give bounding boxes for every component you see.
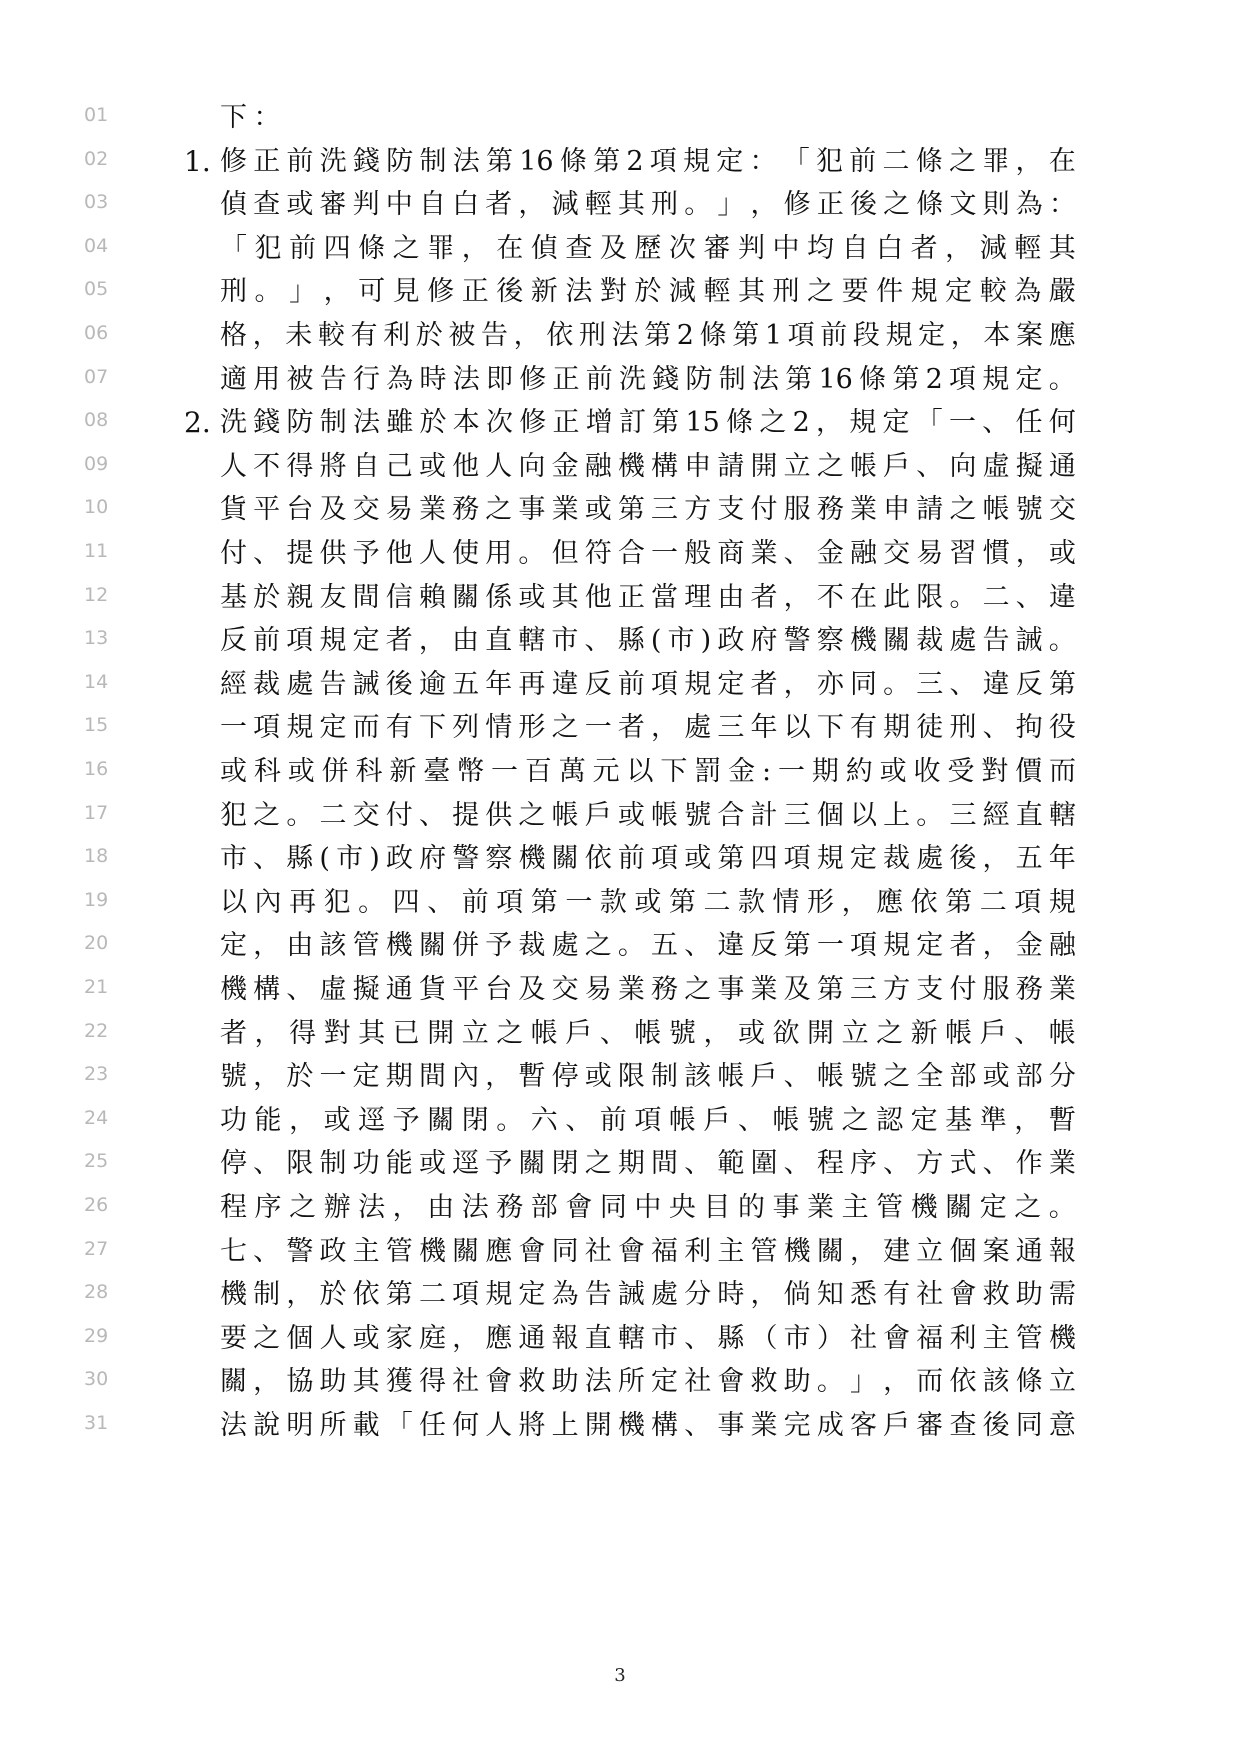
line-text: 市、縣(市)政府警察機關依前項或第四項規定裁處後，五年	[220, 841, 1076, 877]
line-text: 七、警政主管機關應會同社會福利主管機關，建立個案通報	[220, 1234, 1076, 1270]
line-number: 12	[84, 584, 108, 606]
line-text: 功能，或逕予關閉。六、前項帳戶、帳號之認定基準，暫	[220, 1103, 1076, 1139]
line-number: 08	[84, 409, 108, 431]
line-number: 11	[84, 540, 108, 562]
line-number: 04	[84, 235, 108, 257]
document-line: 27七、警政主管機關應會同社會福利主管機關，建立個案通報	[0, 1234, 1240, 1278]
line-number: 15	[84, 714, 108, 736]
list-marker: 1.	[184, 144, 211, 180]
document-line: 14經裁處告誡後逾五年再違反前項規定者，亦同。三、違反第	[0, 667, 1240, 711]
line-text: 下：	[220, 100, 1076, 136]
list-marker: 2.	[184, 405, 211, 441]
line-text: 法說明所載「任何人將上開機構、事業完成客戶審查後同意	[220, 1408, 1076, 1444]
document-line: 16或科或併科新臺幣一百萬元以下罰金:一期約或收受對價而	[0, 754, 1240, 798]
document-line: 09人不得將自己或他人向金融機構申請開立之帳戶、向虛擬通	[0, 449, 1240, 493]
line-number: 05	[84, 278, 108, 300]
document-line: 30關，協助其獲得社會救助法所定社會救助。」，而依該條立	[0, 1364, 1240, 1408]
line-number: 20	[84, 932, 108, 954]
document-line: 28機制，於依第二項規定為告誡處分時，倘知悉有社會救助需	[0, 1277, 1240, 1321]
line-number: 10	[84, 496, 108, 518]
line-text: 或科或併科新臺幣一百萬元以下罰金:一期約或收受對價而	[220, 754, 1076, 790]
line-text: 付、提供予他人使用。但符合一般商業、金融交易習慣，或	[220, 536, 1076, 572]
document-line: 11付、提供予他人使用。但符合一般商業、金融交易習慣，或	[0, 536, 1240, 580]
line-number: 18	[84, 845, 108, 867]
line-number: 02	[84, 148, 108, 170]
document-line: 15一項規定而有下列情形之一者，處三年以下有期徒刑、拘役	[0, 710, 1240, 754]
document-line: 082.洗錢防制法雖於本次修正增訂第15條之2，規定「一、任何	[0, 405, 1240, 449]
line-text: 貨平台及交易業務之事業或第三方支付服務業申請之帳號交	[220, 492, 1076, 528]
line-number: 27	[84, 1238, 108, 1260]
line-number: 16	[84, 758, 108, 780]
document-line: 07適用被告行為時法即修正前洗錢防制法第16條第2項規定。	[0, 362, 1240, 406]
document-line: 06格，未較有利於被告，依刑法第2條第1項前段規定，本案應	[0, 318, 1240, 362]
line-number: 30	[84, 1368, 108, 1390]
line-text: 定，由該管機關併予裁處之。五、違反第一項規定者，金融	[220, 928, 1076, 964]
line-number: 14	[84, 671, 108, 693]
document-line: 05刑。」，可見修正後新法對於減輕其刑之要件規定較為嚴	[0, 274, 1240, 318]
line-number: 13	[84, 627, 108, 649]
document-line: 26程序之辦法，由法務部會同中央目的事業主管機關定之。	[0, 1190, 1240, 1234]
document-line: 25停、限制功能或逕予關閉之期間、範圍、程序、方式、作業	[0, 1146, 1240, 1190]
line-text: 洗錢防制法雖於本次修正增訂第15條之2，規定「一、任何	[220, 405, 1076, 441]
line-text: 刑。」，可見修正後新法對於減輕其刑之要件規定較為嚴	[220, 274, 1076, 310]
document-line: 021.修正前洗錢防制法第16條第2項規定：「犯前二條之罪，在	[0, 144, 1240, 188]
line-text: 者，得對其已開立之帳戶、帳號，或欲開立之新帳戶、帳	[220, 1016, 1076, 1052]
line-text: 要之個人或家庭，應通報直轄市、縣（市）社會福利主管機	[220, 1321, 1076, 1357]
line-text: 經裁處告誡後逾五年再違反前項規定者，亦同。三、違反第	[220, 667, 1076, 703]
line-text: 機構、虛擬通貨平台及交易業務之事業及第三方支付服務業	[220, 972, 1076, 1008]
line-text: 修正前洗錢防制法第16條第2項規定：「犯前二條之罪，在	[220, 144, 1076, 180]
line-number: 28	[84, 1281, 108, 1303]
document-line: 04「犯前四條之罪，在偵查及歷次審判中均自白者，減輕其	[0, 231, 1240, 275]
document-line: 24功能，或逕予關閉。六、前項帳戶、帳號之認定基準，暫	[0, 1103, 1240, 1147]
line-text: 程序之辦法，由法務部會同中央目的事業主管機關定之。	[220, 1190, 1076, 1226]
line-number: 01	[84, 104, 108, 126]
document-line: 01下：	[0, 100, 1240, 144]
line-text: 適用被告行為時法即修正前洗錢防制法第16條第2項規定。	[220, 362, 1076, 398]
line-number: 29	[84, 1325, 108, 1347]
document-line: 23號，於一定期間內，暫停或限制該帳戶、帳號之全部或部分	[0, 1059, 1240, 1103]
document-line: 10貨平台及交易業務之事業或第三方支付服務業申請之帳號交	[0, 492, 1240, 536]
line-text: 反前項規定者，由直轄市、縣(市)政府警察機關裁處告誡。	[220, 623, 1076, 659]
line-number: 09	[84, 453, 108, 475]
line-number: 25	[84, 1150, 108, 1172]
line-number: 06	[84, 322, 108, 344]
line-text: 格，未較有利於被告，依刑法第2條第1項前段規定，本案應	[220, 318, 1076, 354]
line-number: 19	[84, 889, 108, 911]
line-number: 03	[84, 191, 108, 213]
line-text: 基於親友間信賴關係或其他正當理由者，不在此限。二、違	[220, 580, 1076, 616]
line-text: 人不得將自己或他人向金融機構申請開立之帳戶、向虛擬通	[220, 449, 1076, 485]
document-line: 18市、縣(市)政府警察機關依前項或第四項規定裁處後，五年	[0, 841, 1240, 885]
document-page: 01下：021.修正前洗錢防制法第16條第2項規定：「犯前二條之罪，在03偵查或…	[0, 0, 1240, 1755]
line-text: 偵查或審判中自白者，減輕其刑。」，修正後之條文則為：	[220, 187, 1076, 223]
line-text: 犯之。二交付、提供之帳戶或帳號合計三個以上。三經直轄	[220, 798, 1076, 834]
line-text: 以內再犯。四、前項第一款或第二款情形，應依第二項規	[220, 885, 1076, 921]
document-line: 19以內再犯。四、前項第一款或第二款情形，應依第二項規	[0, 885, 1240, 929]
line-number: 17	[84, 802, 108, 824]
document-line: 29要之個人或家庭，應通報直轄市、縣（市）社會福利主管機	[0, 1321, 1240, 1365]
line-text: 停、限制功能或逕予關閉之期間、範圍、程序、方式、作業	[220, 1146, 1076, 1182]
line-text: 關，協助其獲得社會救助法所定社會救助。」，而依該條立	[220, 1364, 1076, 1400]
document-line: 17犯之。二交付、提供之帳戶或帳號合計三個以上。三經直轄	[0, 798, 1240, 842]
line-number: 26	[84, 1194, 108, 1216]
line-number: 31	[84, 1412, 108, 1434]
document-line: 21機構、虛擬通貨平台及交易業務之事業及第三方支付服務業	[0, 972, 1240, 1016]
line-number: 23	[84, 1063, 108, 1085]
line-text: 一項規定而有下列情形之一者，處三年以下有期徒刑、拘役	[220, 710, 1076, 746]
document-line: 20定，由該管機關併予裁處之。五、違反第一項規定者，金融	[0, 928, 1240, 972]
line-number: 24	[84, 1107, 108, 1129]
page-number: 3	[0, 1665, 1240, 1686]
line-number: 21	[84, 976, 108, 998]
line-number: 22	[84, 1020, 108, 1042]
document-line: 22者，得對其已開立之帳戶、帳號，或欲開立之新帳戶、帳	[0, 1016, 1240, 1060]
document-line: 13反前項規定者，由直轄市、縣(市)政府警察機關裁處告誡。	[0, 623, 1240, 667]
line-text: 「犯前四條之罪，在偵查及歷次審判中均自白者，減輕其	[220, 231, 1076, 267]
document-line: 03偵查或審判中自白者，減輕其刑。」，修正後之條文則為：	[0, 187, 1240, 231]
line-text: 機制，於依第二項規定為告誡處分時，倘知悉有社會救助需	[220, 1277, 1076, 1313]
line-text: 號，於一定期間內，暫停或限制該帳戶、帳號之全部或部分	[220, 1059, 1076, 1095]
document-line: 31法說明所載「任何人將上開機構、事業完成客戶審查後同意	[0, 1408, 1240, 1452]
document-line: 12基於親友間信賴關係或其他正當理由者，不在此限。二、違	[0, 580, 1240, 624]
line-number: 07	[84, 366, 108, 388]
